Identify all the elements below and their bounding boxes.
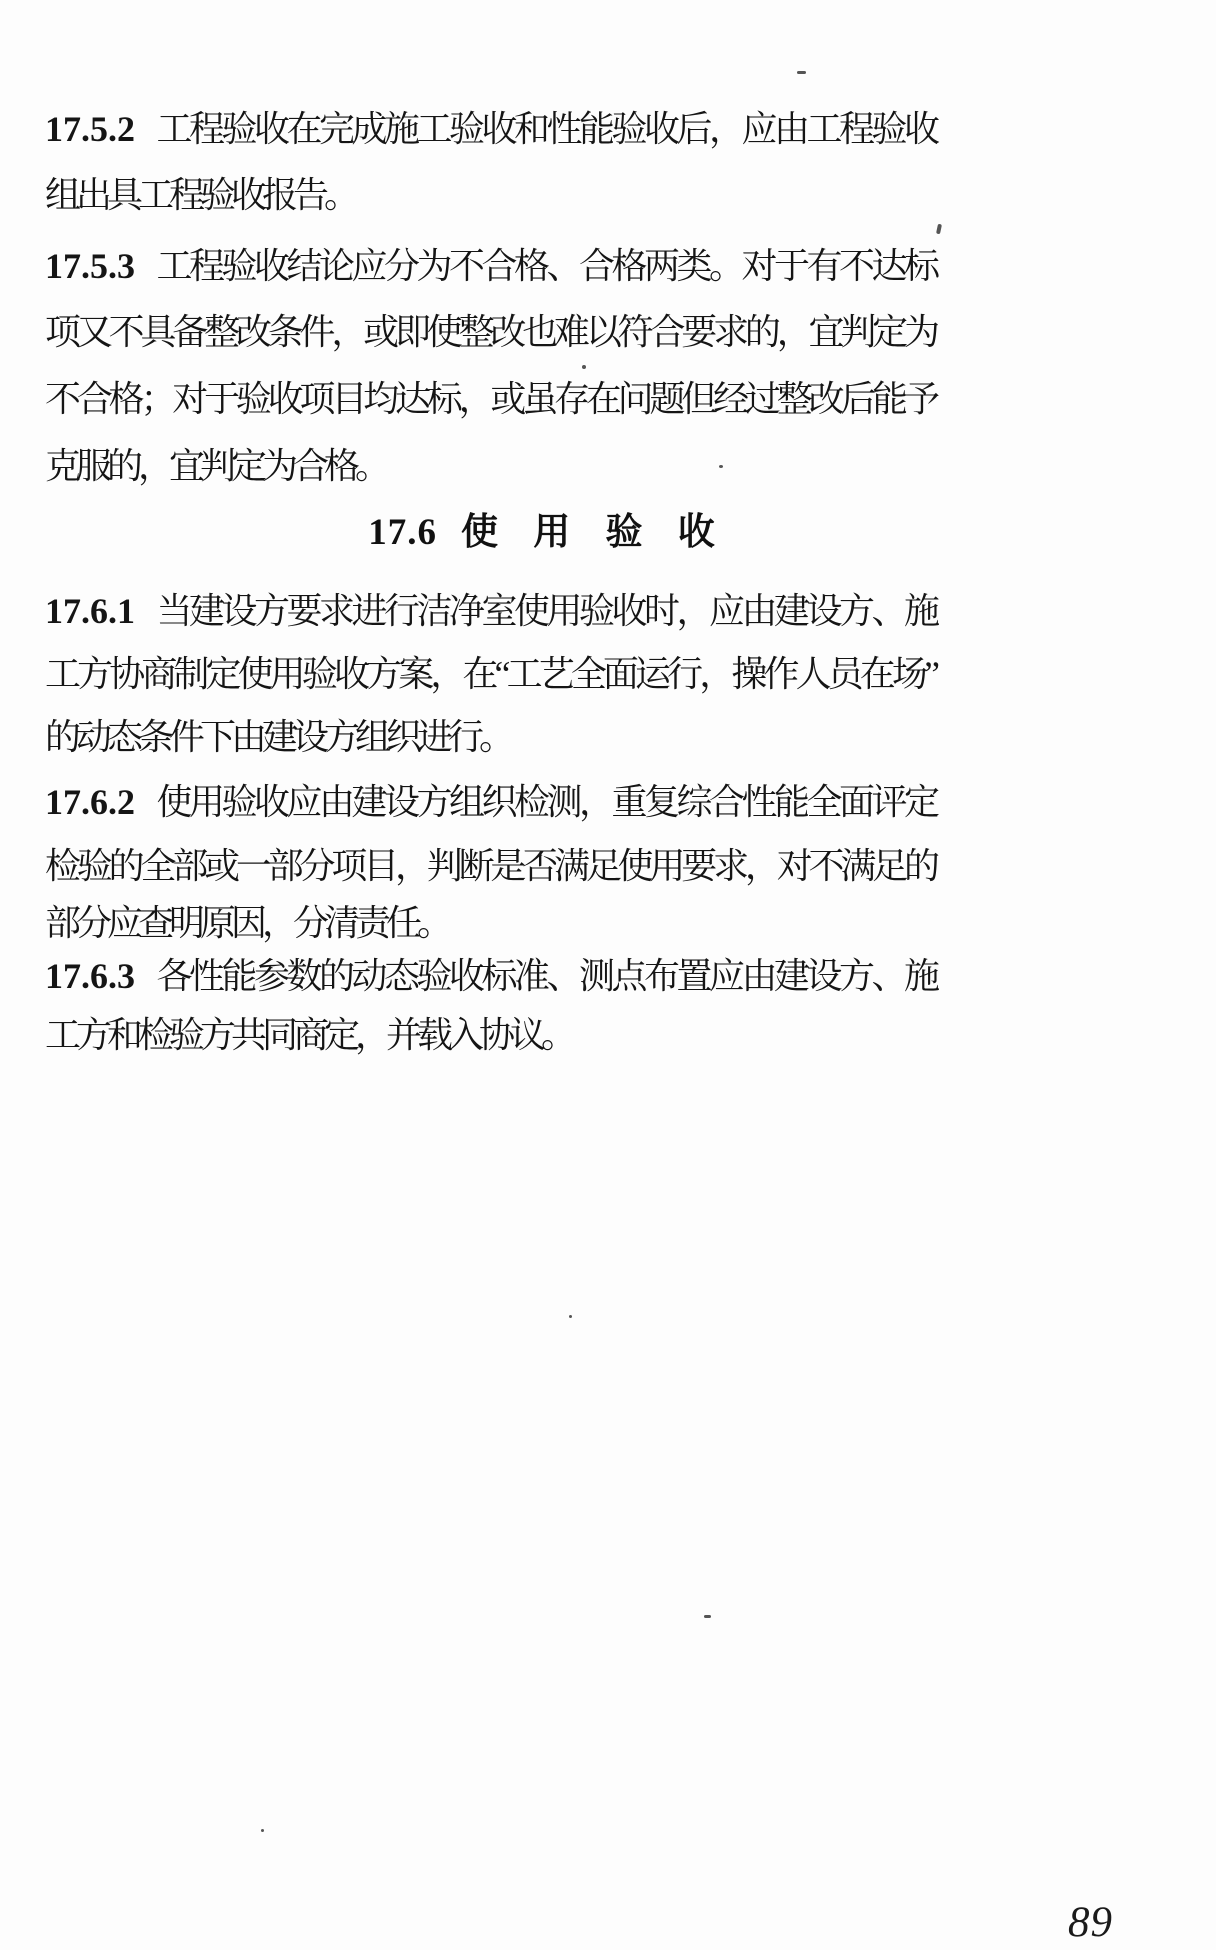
text-line: 工方协商制定使用验收方案，在“工艺全面运行，操作人员在场” (45, 651, 935, 697)
line-text: 工方和检验方共同商定，并载入协议。 (45, 1015, 572, 1055)
text-line: 的动态条件下由建设方组织进行。 (45, 714, 935, 760)
document-page: 17.5.2工程验收在完成施工验收和性能验收后，应由工程验收 组出具工程验收报告… (0, 0, 1216, 1950)
scan-speck (582, 365, 586, 369)
page-number: 89 (1068, 1898, 1113, 1947)
heading-title: 使 用 验 收 (461, 512, 722, 553)
line-text: 项又不具备整改条件，或即使整改也难以符合要求的，宜判定为 (45, 312, 935, 352)
line-text: 检验的全部或一部分项目，判断是否满足使用要求，对不满足的 (45, 846, 935, 886)
text-line: 工方和检验方共同商定，并载入协议。 (45, 1012, 935, 1058)
line-text: 不合格；对于验收项目均达标，或虽存在问题但经过整改后能予 (45, 379, 935, 419)
line-text: 使用验收应由建设方组织检测，重复综合性能全面评定 (155, 782, 935, 822)
text-line: 不合格；对于验收项目均达标，或虽存在问题但经过整改后能予 (45, 376, 935, 422)
line-text: 的动态条件下由建设方组织进行。 (45, 717, 510, 757)
scan-speck (719, 465, 723, 468)
section-number: 17.6.2 (45, 782, 135, 822)
scan-speck (704, 1615, 711, 1618)
section-number: 17.5.2 (45, 109, 135, 149)
section-heading: 17.6使 用 验 收 (0, 510, 1090, 556)
text-line: 17.6.2使用验收应由建设方组织检测，重复综合性能全面评定 (45, 779, 935, 825)
line-text: 部分应查明原因，分清责任。 (45, 903, 448, 943)
text-line: 17.6.3各性能参数的动态验收标准、测点布置应由建设方、施 (45, 953, 935, 999)
section-number: 17.5.3 (45, 246, 135, 286)
section-number: 17.6.1 (45, 591, 135, 631)
scan-speck (569, 1315, 572, 1318)
text-line: 克服的，宜判定为合格。 (45, 443, 935, 489)
heading-number: 17.6 (368, 512, 437, 553)
line-text: 各性能参数的动态验收标准、测点布置应由建设方、施 (155, 956, 935, 996)
scan-speck (797, 71, 806, 74)
text-line: 17.5.2工程验收在完成施工验收和性能验收后，应由工程验收 (45, 106, 935, 152)
scan-speck (936, 224, 942, 235)
scan-speck (261, 1829, 264, 1832)
line-text: 工程验收结论应分为不合格、合格两类。对于有不达标 (155, 246, 935, 286)
line-text: 克服的，宜判定为合格。 (45, 446, 386, 486)
text-line: 检验的全部或一部分项目，判断是否满足使用要求，对不满足的 (45, 843, 935, 889)
text-line: 组出具工程验收报告。 (45, 172, 935, 218)
text-line: 17.6.1当建设方要求进行洁净室使用验收时，应由建设方、施 (45, 588, 935, 634)
section-number: 17.6.3 (45, 956, 135, 996)
text-line: 部分应查明原因，分清责任。 (45, 900, 935, 946)
line-text: 当建设方要求进行洁净室使用验收时，应由建设方、施 (155, 591, 935, 631)
line-text: 组出具工程验收报告。 (45, 175, 355, 215)
text-line: 17.5.3工程验收结论应分为不合格、合格两类。对于有不达标 (45, 243, 935, 289)
line-text: 工程验收在完成施工验收和性能验收后，应由工程验收 (155, 109, 935, 149)
line-text: 工方协商制定使用验收方案，在“工艺全面运行，操作人员在场” (45, 654, 935, 694)
text-line: 项又不具备整改条件，或即使整改也难以符合要求的，宜判定为 (45, 309, 935, 355)
